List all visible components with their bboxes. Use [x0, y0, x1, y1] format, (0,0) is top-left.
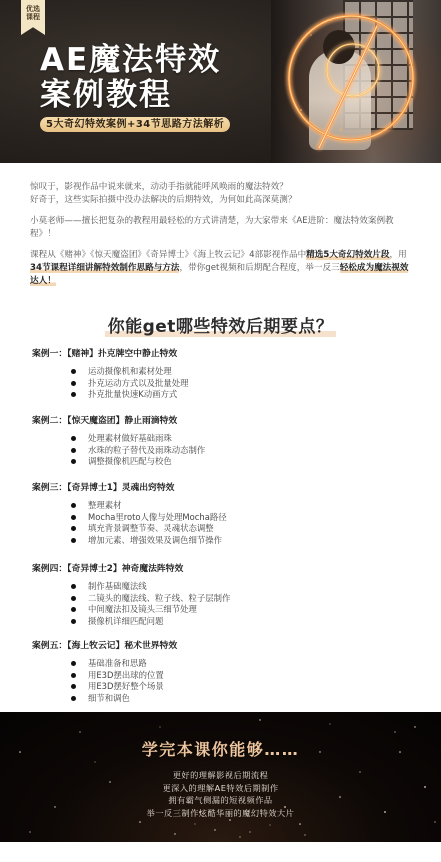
list-item: 中间魔法扣及镜头三细节处理	[70, 604, 412, 616]
case-items: 处理素材做好基础雨珠 水珠的粒子替代及雨珠动态制作 调整摄像机匹配与校色	[32, 433, 412, 468]
case-title: 案例二：【惊天魔盗团】静止雨滴特效	[32, 415, 412, 427]
badge-line2: 课程	[26, 13, 40, 21]
list-item: 扑克批量快速K动画方式	[70, 389, 412, 401]
benefit-line: 举一反三制作炫酷华丽的魔幻特效大片	[0, 807, 441, 820]
hero-title-line2: 案例教程	[40, 78, 172, 112]
intro-text: 惊叹于，影视作品中说来就来，动动手指就能呼风唤雨的魔法特效？ 好奇于，这些实际拍…	[30, 181, 415, 296]
case-title: 案例四：【奇异博士2】神奇魔法阵特效	[32, 563, 412, 575]
badge-line1: 优选	[26, 5, 40, 13]
list-item: 水珠的粒子替代及雨珠动态制作	[70, 445, 412, 457]
intro-line: 好奇于，这些实际拍摄中没办法解决的后期特效，为何如此高深莫测？	[30, 195, 296, 205]
intro-highlight: 精选5大奇幻特效片段	[306, 250, 389, 260]
intro-text-segment: ，用	[390, 250, 407, 260]
intro-text-segment: 课程从《赌神》《惊天魔盗团》《奇异博士》《海上牧云记》4部影视作品中	[30, 250, 306, 260]
list-item: 细节和调色	[70, 693, 412, 705]
case-1: 案例一：【赌神】扑克牌空中静止特效 运动摄像机和素材处理 扑克运动方式以及批量处…	[32, 348, 412, 401]
intro-text-segment: ，带你get视频和后期配合程度，举一反三	[179, 263, 339, 273]
list-item: 运动摄像机和素材处理	[70, 366, 412, 378]
list-item: 填充背景调整节奏、灵魂状态调整	[70, 523, 412, 535]
outro-title: 学完本课你能够……	[0, 737, 441, 760]
case-title: 案例五：【海上牧云记】秘术世界特效	[32, 640, 412, 652]
list-item: 整理素材	[70, 500, 412, 512]
list-item: Mocha里roto人像与处理Mocha路径	[70, 512, 412, 524]
case-items: 基础准备和思路 用E3D摆出球的位置 用E3D摆好整个场景 细节和调色	[32, 658, 412, 704]
section-heading-text: 你能get哪些特效后期要点？	[105, 317, 337, 337]
case-items: 整理素材 Mocha里roto人像与处理Mocha路径 填充背景调整节奏、灵魂状…	[32, 500, 412, 546]
benefit-line: 更好的理解影视后期流程	[0, 769, 441, 782]
magic-circle-icon	[271, 0, 441, 163]
list-item: 增加元素、增强效果及调色细节操作	[70, 535, 412, 547]
list-item: 扑克运动方式以及批量处理	[70, 378, 412, 390]
featured-course-badge: 优选 课程	[21, 0, 45, 35]
case-3: 案例三：【奇异博士1】灵魂出窍特效 整理素材 Mocha里roto人像与处理Mo…	[32, 482, 412, 546]
benefit-line: 更深入的理解AE特效后期制作	[0, 782, 441, 795]
section-heading: 你能get哪些特效后期要点？	[0, 312, 441, 337]
case-4: 案例四：【奇异博士2】神奇魔法阵特效 制作基础魔法线 二镜头的魔法线、粒子线、粒…	[32, 563, 412, 627]
intro-paragraph-2: 小莫老师——擅长把复杂的教程用最轻松的方式讲清楚，为大家带来《AE进阶：魔法特效…	[30, 215, 415, 241]
list-item: 制作基础魔法线	[70, 581, 412, 593]
list-item: 二镜头的魔法线、粒子线、粒子层制作	[70, 593, 412, 605]
list-item: 基础准备和思路	[70, 658, 412, 670]
list-item: 用E3D摆出球的位置	[70, 670, 412, 682]
list-item: 摄像机详细匹配问题	[70, 616, 412, 628]
intro-paragraph-1: 惊叹于，影视作品中说来就来，动动手指就能呼风唤雨的魔法特效？ 好奇于，这些实际拍…	[30, 181, 415, 207]
case-items: 制作基础魔法线 二镜头的魔法线、粒子线、粒子层制作 中间魔法扣及镜头三细节处理 …	[32, 581, 412, 627]
case-title: 案例三：【奇异博士1】灵魂出窍特效	[32, 482, 412, 494]
intro-highlight: 34节课程详细讲解特效制作思路与方法	[30, 263, 179, 273]
list-item: 调整摄像机匹配与校色	[70, 456, 412, 468]
case-title: 案例一：【赌神】扑克牌空中静止特效	[32, 348, 412, 360]
intro-paragraph-3: 课程从《赌神》《惊天魔盗团》《奇异博士》《海上牧云记》4部影视作品中精选5大奇幻…	[30, 249, 415, 288]
hero-title-line1: AE魔法特效	[40, 43, 221, 77]
outro-banner: 学完本课你能够…… 更好的理解影视后期流程 更深入的理解AE特效后期制作 拥有霸…	[0, 712, 441, 842]
benefit-line: 拥有霸气侧漏的短视频作品	[0, 794, 441, 807]
outro-benefits: 更好的理解影视后期流程 更深入的理解AE特效后期制作 拥有霸气侧漏的短视频作品 …	[0, 769, 441, 819]
intro-line: 惊叹于，影视作品中说来就来，动动手指就能呼风唤雨的魔法特效？	[30, 182, 288, 192]
hero-subtitle-pill: 5大奇幻特效案例+34节思路方法解析	[40, 117, 230, 132]
case-2: 案例二：【惊天魔盗团】静止雨滴特效 处理素材做好基础雨珠 水珠的粒子替代及雨珠动…	[32, 415, 412, 468]
list-item: 用E3D摆好整个场景	[70, 681, 412, 693]
case-5: 案例五：【海上牧云记】秘术世界特效 基础准备和思路 用E3D摆出球的位置 用E3…	[32, 640, 412, 704]
list-item: 处理素材做好基础雨珠	[70, 433, 412, 445]
hero-banner: 优选 课程 AE魔法特效 案例教程 5大奇幻特效案例+34节思路方法解析	[0, 0, 441, 163]
case-items: 运动摄像机和素材处理 扑克运动方式以及批量处理 扑克批量快速K动画方式	[32, 366, 412, 401]
